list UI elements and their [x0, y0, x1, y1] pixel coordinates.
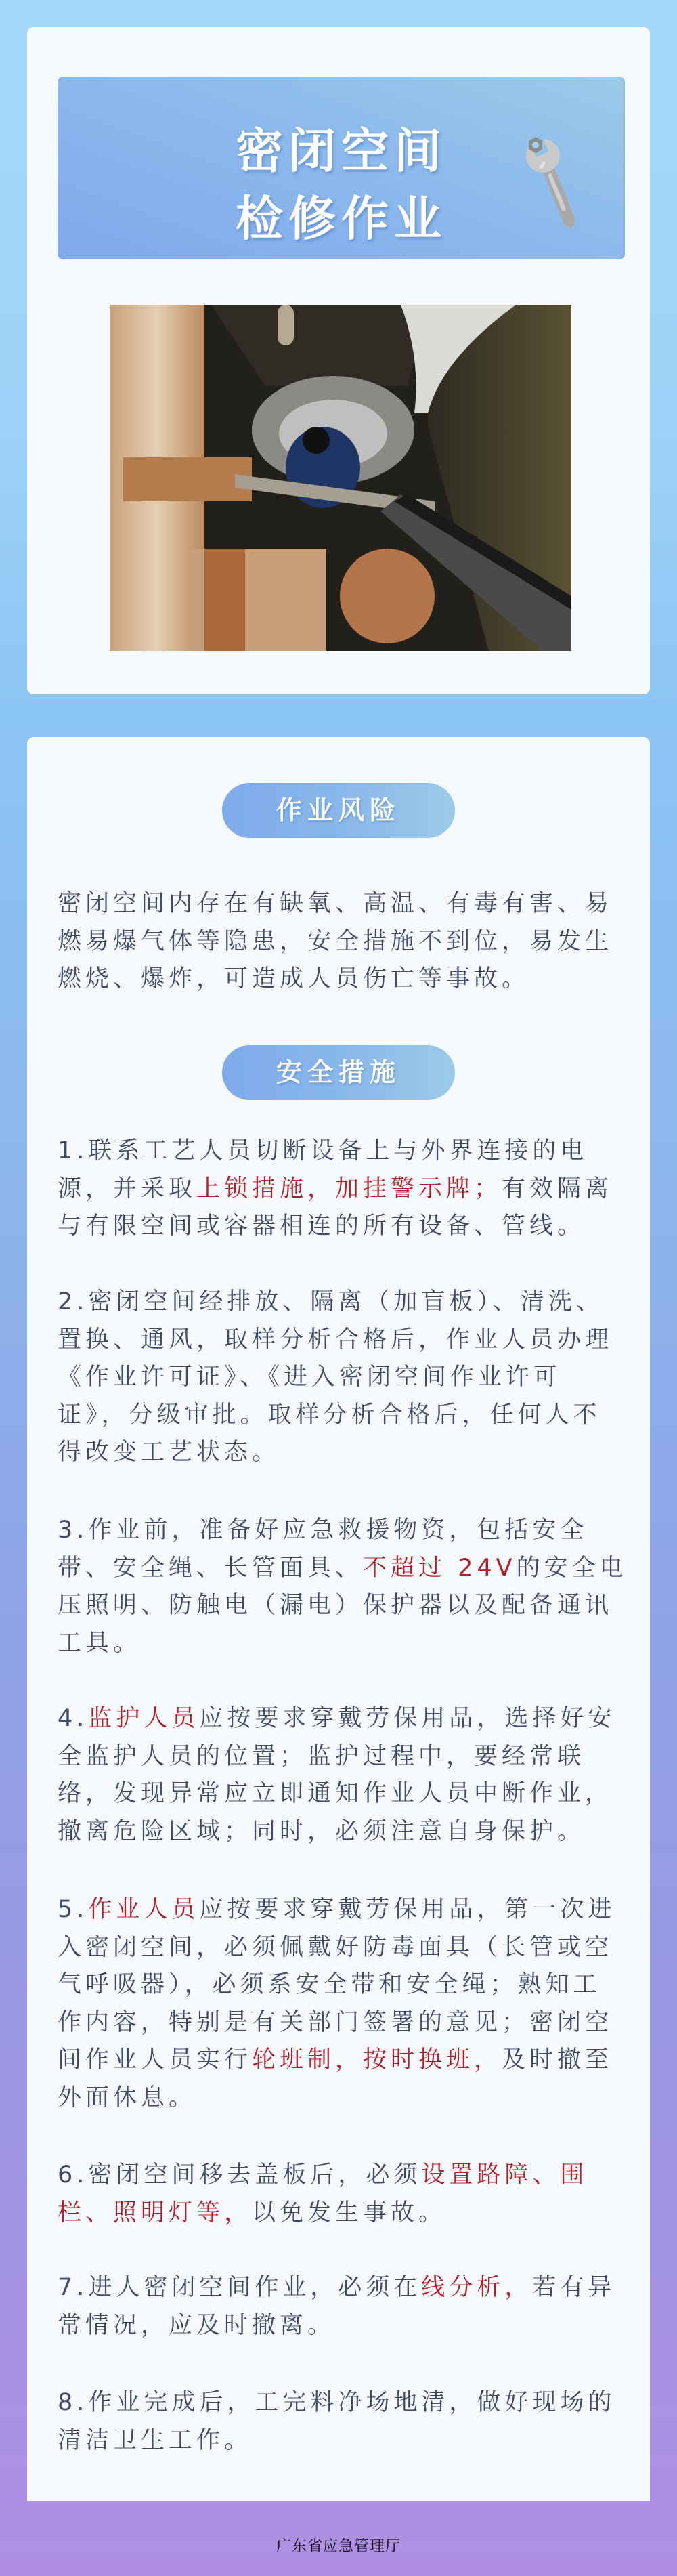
text-line: 外面休息。 [58, 2079, 626, 2117]
body-text: 源，并采取 [58, 1175, 196, 1202]
body-text: 有效隔离 [502, 1175, 613, 1202]
text-line: 5.作业人员应按要求穿戴劳保用品，第一次进 [58, 1891, 626, 1929]
text-line: 全监护人员的位置；监护过程中，要经常联 [58, 1738, 626, 1776]
safety-measure-item-6: 6.密闭空间移去盖板后，必须设置路障、围栏、照明灯等，以免发生事故。 [58, 2157, 626, 2232]
safety-measure-item-2: 2.密闭空间经排放、隔离（加盲板）、清洗、置换、通风，取样分析合格后，作业人员办… [58, 1284, 626, 1472]
body-text: 2.密闭空间经排放、隔离（加盲板）、清洗、 [58, 1288, 604, 1315]
text-line: 栏、照明灯等，以免发生事故。 [58, 2195, 626, 2233]
body-text: 置换、通风，取样分析合格后，作业人员办理 [58, 1326, 613, 1353]
text-line: 3.作业前，准备好应急救援物资，包括安全 [58, 1512, 626, 1550]
text-line: 得改变工艺状态。 [58, 1434, 626, 1472]
highlighted-text: 作业人员 [88, 1896, 199, 1923]
text-line: 置换、通风，取样分析合格后，作业人员办理 [58, 1322, 626, 1359]
body-text: 的安全电 [517, 1555, 628, 1582]
text-line: 燃烧、爆炸，可造成人员伤亡等事故。 [58, 960, 626, 998]
body-text: 5. [58, 1896, 88, 1923]
text-line: 作内容，特别是有关部门签署的意见；密闭空 [58, 2004, 626, 2042]
footer-source: 广东省应急管理厅 [0, 2536, 677, 2558]
text-line: 撤离危险区域；同时，必须注意自身保护。 [58, 1813, 626, 1851]
text-line: 1.联系工艺人员切断设备上与外界连接的电 [58, 1133, 626, 1170]
title-banner: 密闭空间 检修作业 [58, 77, 625, 259]
body-text: 入密闭空间，必须佩戴好防毒面具（长管或空 [58, 1934, 613, 1961]
text-line: 《作业许可证》、《进入密闭空间作业许可 [58, 1359, 626, 1397]
text-line: 络，发现异常应立即通知作业人员中断作业， [58, 1775, 626, 1813]
body-text: 外面休息。 [58, 2084, 196, 2111]
body-text: 与有限空间或容器相连的所有设备、管线。 [58, 1212, 585, 1240]
text-line: 8.作业完成后，工完料净场地清，做好现场的 [58, 2384, 626, 2422]
body-text: 密闭空间内存在有缺氧、高温、有毒有害、易 [58, 890, 613, 917]
text-line: 6.密闭空间移去盖板后，必须设置路障、围 [58, 2157, 626, 2195]
text-line: 入密闭空间，必须佩戴好防毒面具（长管或空 [58, 1929, 626, 1967]
text-line: 间作业人员实行轮班制，按时换班，及时撤至 [58, 2042, 626, 2079]
section-heading-measures: 安全措施 [222, 1045, 455, 1100]
body-text: 燃易爆气体等隐患，安全措施不到位，易发生 [58, 928, 613, 955]
text-line: 压照明、防触电（漏电）保护器以及配备通讯 [58, 1587, 626, 1625]
body-text: 应按要求穿戴劳保用品，第一次进 [199, 1896, 615, 1923]
highlighted-text: 线分析， [421, 2274, 532, 2301]
safety-measure-item-7: 7.进人密闭空间作业，必须在线分析，若有异常情况，应及时撤离。 [58, 2269, 626, 2344]
body-text: 应按要求穿戴劳保用品，选择好安 [199, 1705, 615, 1732]
body-text: 撤离危险区域；同时，必须注意自身保护。 [58, 1818, 585, 1845]
text-line: 带、安全绳、长管面具、不超过 24V的安全电 [58, 1550, 626, 1588]
text-line: 与有限空间或容器相连的所有设备、管线。 [58, 1208, 626, 1246]
body-text: 全监护人员的位置；监护过程中，要经常联 [58, 1743, 585, 1770]
body-text: 压照明、防触电（漏电）保护器以及配备通讯 [58, 1592, 613, 1619]
body-text: 7.进人密闭空间作业，必须在 [58, 2274, 421, 2301]
highlighted-text: 不超过 24V [363, 1555, 517, 1582]
safety-measure-item-3: 3.作业前，准备好应急救援物资，包括安全带、安全绳、长管面具、不超过 24V的安… [58, 1512, 626, 1662]
body-text: 清洁卫生工作。 [58, 2427, 252, 2454]
text-line: 证》，分级审批。取样分析合格后，任何人不 [58, 1397, 626, 1435]
body-text: 常情况，应及时撤离。 [58, 2312, 335, 2339]
text-line: 密闭空间内存在有缺氧、高温、有毒有害、易 [58, 885, 626, 923]
text-line: 气呼吸器），必须系安全带和安全绳；熟知工 [58, 1966, 626, 2004]
photo-illustration [110, 305, 571, 651]
safety-measure-item-8: 8.作业完成后，工完料净场地清，做好现场的清洁卫生工作。 [58, 2384, 626, 2459]
body-text: 间作业人员实行 [58, 2046, 252, 2073]
text-line: 源，并采取上锁措施，加挂警示牌；有效隔离 [58, 1170, 626, 1208]
body-text: 气呼吸器），必须系安全带和安全绳；熟知工 [58, 1971, 601, 1998]
safety-measure-item-4: 4.监护人员应按要求穿戴劳保用品，选择好安全监护人员的位置；监护过程中，要经常联… [58, 1700, 626, 1851]
body-text: 作内容，特别是有关部门签署的意见；密闭空 [58, 2009, 613, 2036]
text-line: 7.进人密闭空间作业，必须在线分析，若有异 [58, 2269, 626, 2307]
highlighted-text: 设置路障、围 [421, 2161, 588, 2189]
body-text: 工具。 [58, 1630, 141, 1657]
wrench-icon [517, 134, 591, 236]
text-line: 工具。 [58, 1625, 626, 1663]
body-text: 6.密闭空间移去盖板后，必须 [58, 2161, 421, 2189]
highlighted-text: 监护人员 [88, 1705, 199, 1732]
body-text: 8.作业完成后，工完料净场地清，做好现场的 [58, 2389, 615, 2416]
body-text: 若有异 [532, 2274, 615, 2301]
body-text: 得改变工艺状态。 [58, 1439, 280, 1466]
text-line: 清洁卫生工作。 [58, 2422, 626, 2460]
body-text: 以免发生事故。 [252, 2199, 446, 2226]
body-text: 证》，分级审批。取样分析合格后，任何人不 [58, 1401, 601, 1429]
confined-space-photo [110, 305, 571, 651]
body-text: 带、安全绳、长管面具、 [58, 1555, 363, 1582]
text-line: 燃易爆气体等隐患，安全措施不到位，易发生 [58, 923, 626, 961]
body-text: 《作业许可证》、《进入密闭空间作业许可 [58, 1364, 561, 1391]
section-heading-risk: 作业风险 [222, 783, 455, 838]
highlighted-text: 轮班制，按时换班， [252, 2046, 502, 2073]
body-text: 络，发现异常应立即通知作业人员中断作业， [58, 1780, 613, 1807]
body-text: 燃烧、爆炸，可造成人员伤亡等事故。 [58, 965, 529, 992]
safety-measure-item-1: 1.联系工艺人员切断设备上与外界连接的电源，并采取上锁措施，加挂警示牌；有效隔离… [58, 1133, 626, 1246]
body-text: 1.联系工艺人员切断设备上与外界连接的电 [58, 1137, 588, 1164]
text-line: 2.密闭空间经排放、隔离（加盲板）、清洗、 [58, 1284, 626, 1322]
body-text: 3.作业前，准备好应急救援物资，包括安全 [58, 1517, 588, 1544]
text-line: 常情况，应及时撤离。 [58, 2307, 626, 2345]
safety-measure-item-5: 5.作业人员应按要求穿戴劳保用品，第一次进入密闭空间，必须佩戴好防毒面具（长管或… [58, 1891, 626, 2117]
highlighted-text: 栏、照明灯等， [58, 2199, 252, 2226]
highlighted-text: 上锁措施，加挂警示牌； [196, 1175, 502, 1202]
body-text: 4. [58, 1705, 88, 1732]
body-text: 及时撤至 [502, 2046, 613, 2073]
text-line: 4.监护人员应按要求穿戴劳保用品，选择好安 [58, 1700, 626, 1738]
risk-description: 密闭空间内存在有缺氧、高温、有毒有害、易燃易爆气体等隐患，安全措施不到位，易发生… [58, 885, 626, 998]
